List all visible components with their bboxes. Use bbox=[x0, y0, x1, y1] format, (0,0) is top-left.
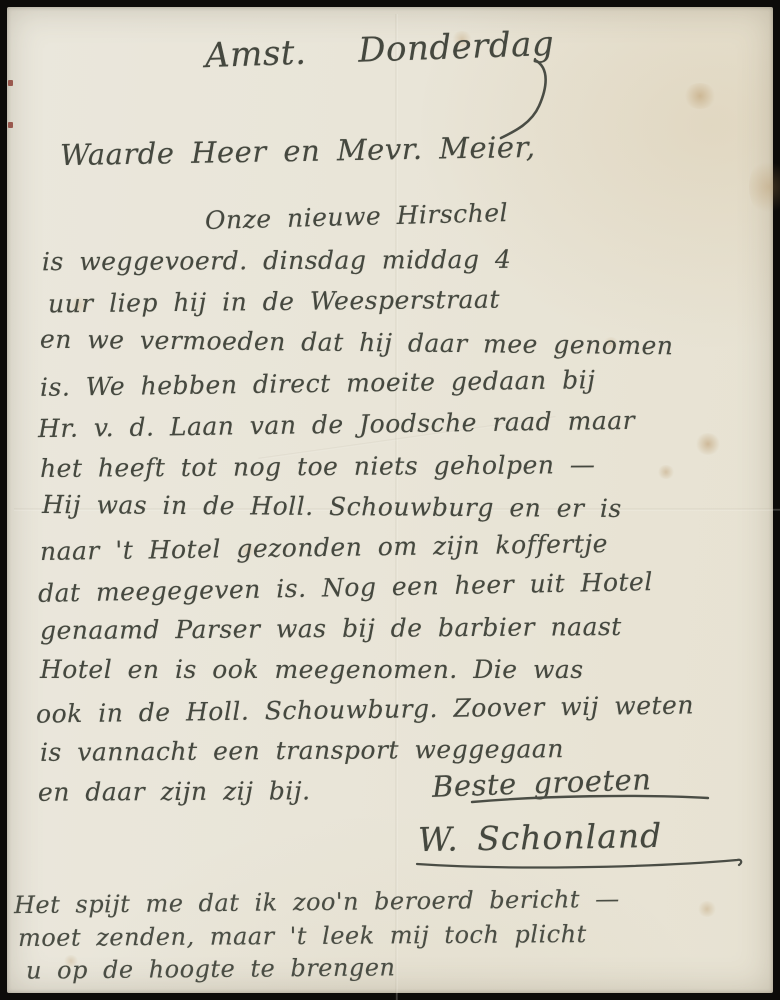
letter-line: is weggevoerd. dinsdag middag 4 bbox=[42, 245, 511, 276]
heading-gap bbox=[307, 62, 359, 64]
postscript-line: u op de hoogte te brengen bbox=[26, 953, 396, 984]
letter-line: het heeft tot nog toe niets geholpen — bbox=[40, 450, 596, 483]
letter-line: uur liep hij in de Weesperstraat bbox=[48, 285, 500, 319]
foxing-stain bbox=[749, 157, 780, 217]
signature: W. Schonland bbox=[418, 816, 663, 859]
letter-line: en daar zijn zij bij. bbox=[38, 776, 311, 806]
heading-day: Donderdag bbox=[358, 24, 555, 71]
letter-line: Hotel en is ook meegenomen. Die was bbox=[40, 655, 584, 684]
postscript-line: moet zenden, maar 't leek mij toch plich… bbox=[18, 920, 587, 952]
red-edge-mark bbox=[8, 80, 13, 86]
letter-line: genaamd Parser was bij de barbier naast bbox=[40, 612, 622, 645]
foxing-stain bbox=[657, 465, 675, 479]
red-edge-mark bbox=[8, 122, 13, 128]
letter-line: Hij was in de Holl. Schouwburg en er is bbox=[42, 490, 622, 523]
letter-scan: Amst.Donderdag Waarde Heer en Mevr. Meie… bbox=[0, 0, 780, 1000]
foxing-stain bbox=[697, 901, 717, 917]
foxing-stain bbox=[695, 433, 721, 455]
foxing-stain bbox=[683, 83, 717, 109]
heading-place: Amst. bbox=[204, 33, 307, 77]
letter-line: is vannacht een transport weggegaan bbox=[40, 734, 564, 767]
